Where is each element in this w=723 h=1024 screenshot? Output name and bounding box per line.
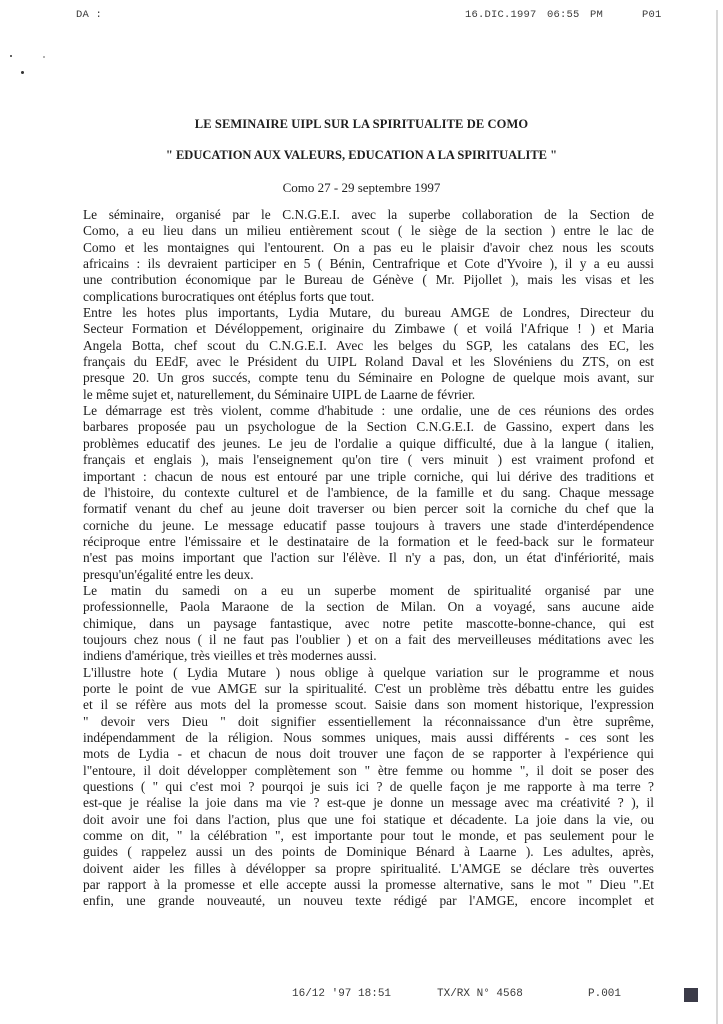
text-line: presqu'un'égalité entre les deux. [83, 567, 654, 583]
document-subtitle: " EDUCATION AUX VALEURS, EDUCATION A LA … [0, 148, 723, 163]
fax-page-indicator: P01 [642, 9, 662, 21]
text-line: doivent aider les filles à dévélopper sa… [83, 861, 654, 877]
text-line: de l'histoire, du contexte culturel et d… [83, 485, 654, 501]
document-title: LE SEMINAIRE UIPL SUR LA SPIRITUALITE DE… [0, 117, 723, 132]
text-line: doit avoir une foi dans l'action, plus q… [83, 812, 654, 828]
fax-footer: 16/12 '97 18:51 TX/RX N° 4568 P.001 [0, 988, 723, 1004]
text-line: réciproque entre l'émissaire et le desti… [83, 534, 654, 550]
text-line: mots de Lydia - et chacun de nous doit t… [83, 746, 654, 762]
fax-datetime: 16.DIC.1997 06:55 PM [465, 9, 603, 21]
text-line: français et englais ), mais l'enseigneme… [83, 452, 654, 468]
text-line: porte le point de vue AMGE sur la spirit… [83, 681, 654, 697]
text-line: français du EEdF, avec le Président du U… [83, 354, 654, 370]
text-line: Como et les montaignes qui l'entourent. … [83, 240, 654, 256]
text-line: toujours chez nous ( il ne faut pas l'ou… [83, 632, 654, 648]
paragraph-2: Entre les hotes plus importants, Lydia M… [83, 305, 654, 403]
paragraph-4: Le matin du samedi on a eu un superbe mo… [83, 583, 654, 665]
txrx-number: TX/RX N° 4568 [437, 988, 523, 1000]
text-line: L'illustre hote ( Lydia Mutare ) nous ob… [83, 665, 654, 681]
text-line: corniche du jeune. Le message educatif p… [83, 518, 654, 534]
text-line: Secteur Formation et Dévéloppement, orig… [83, 321, 654, 337]
text-line: Le séminaire, organisé par le C.N.G.E.I.… [83, 207, 654, 223]
text-line: important : chacun de nous est entouré p… [83, 469, 654, 485]
scan-speck [43, 56, 45, 58]
fax-header: DA : 16.DIC.1997 06:55 PM P01 [0, 9, 723, 25]
text-line: guides ( rappelez aussi un des points de… [83, 844, 654, 860]
text-line: " devoir vers Dieu " doit signifier esse… [83, 714, 654, 730]
text-line: une contribution économique par le Burea… [83, 272, 654, 288]
scan-speck [21, 71, 24, 74]
text-line: enfin, une grande nouveauté, un nouveu t… [83, 893, 654, 909]
text-line: indiens d'amérique, très vieilles et trè… [83, 648, 654, 664]
text-line: l"entoure, il doit développer complèteme… [83, 763, 654, 779]
text-line: indépendamment de la réligion. Nous somm… [83, 730, 654, 746]
text-line: Como, a eu lieu dans un milieu entièreme… [83, 223, 654, 239]
text-line: comme on dit, " la célébration ", est im… [83, 828, 654, 844]
paragraph-3: Le démarrage est très violent, comme d'h… [83, 403, 654, 583]
scan-speck [10, 55, 12, 57]
text-line: problèmes educatif des jeunes. Le jeu de… [83, 436, 654, 452]
page-number: P.001 [588, 988, 621, 1000]
text-line: complications burocratiques ont étéplus … [83, 289, 654, 305]
text-line: barbares proposée pau un psychologue de … [83, 419, 654, 435]
paragraph-1: Le séminaire, organisé par le C.N.G.E.I.… [83, 207, 654, 305]
document-body: Le séminaire, organisé par le C.N.G.E.I.… [83, 207, 654, 910]
text-line: n'est pas moins important que l'action s… [83, 550, 654, 566]
text-line: chimique, dans un paysage fantastique, a… [83, 616, 654, 632]
tx-datetime: 16/12 '97 18:51 [292, 988, 391, 1000]
text-line: le même sujet et, naturellement, du Sémi… [83, 387, 654, 403]
text-line: africains : ils devraient participer en … [83, 256, 654, 272]
text-line: questions ( " qui c'est moi ? pourqoi je… [83, 779, 654, 795]
text-line: professionnelle, Paola Maraone de la sec… [83, 599, 654, 615]
text-line: formatif venant du chef au jeune doit tr… [83, 501, 654, 517]
text-line: est-que je réalise la joie dans ma vie ?… [83, 795, 654, 811]
text-line: Le matin du samedi on a eu un superbe mo… [83, 583, 654, 599]
paragraph-5: L'illustre hote ( Lydia Mutare ) nous ob… [83, 665, 654, 910]
text-line: Entre les hotes plus importants, Lydia M… [83, 305, 654, 321]
text-line: presque 20. Un gros succés, compte tenu … [83, 370, 654, 386]
text-line: Le démarrage est très violent, comme d'h… [83, 403, 654, 419]
text-line: et il se réfère aus mots del la promesse… [83, 697, 654, 713]
fax-mark-square [684, 988, 698, 1002]
text-line: Angela Botta, chef scout du C.N.G.E.I. A… [83, 338, 654, 354]
document-place-date: Como 27 - 29 septembre 1997 [0, 180, 723, 196]
fax-from-label: DA : [76, 9, 102, 21]
text-line: par rapport à la promesse et elle accept… [83, 877, 654, 893]
